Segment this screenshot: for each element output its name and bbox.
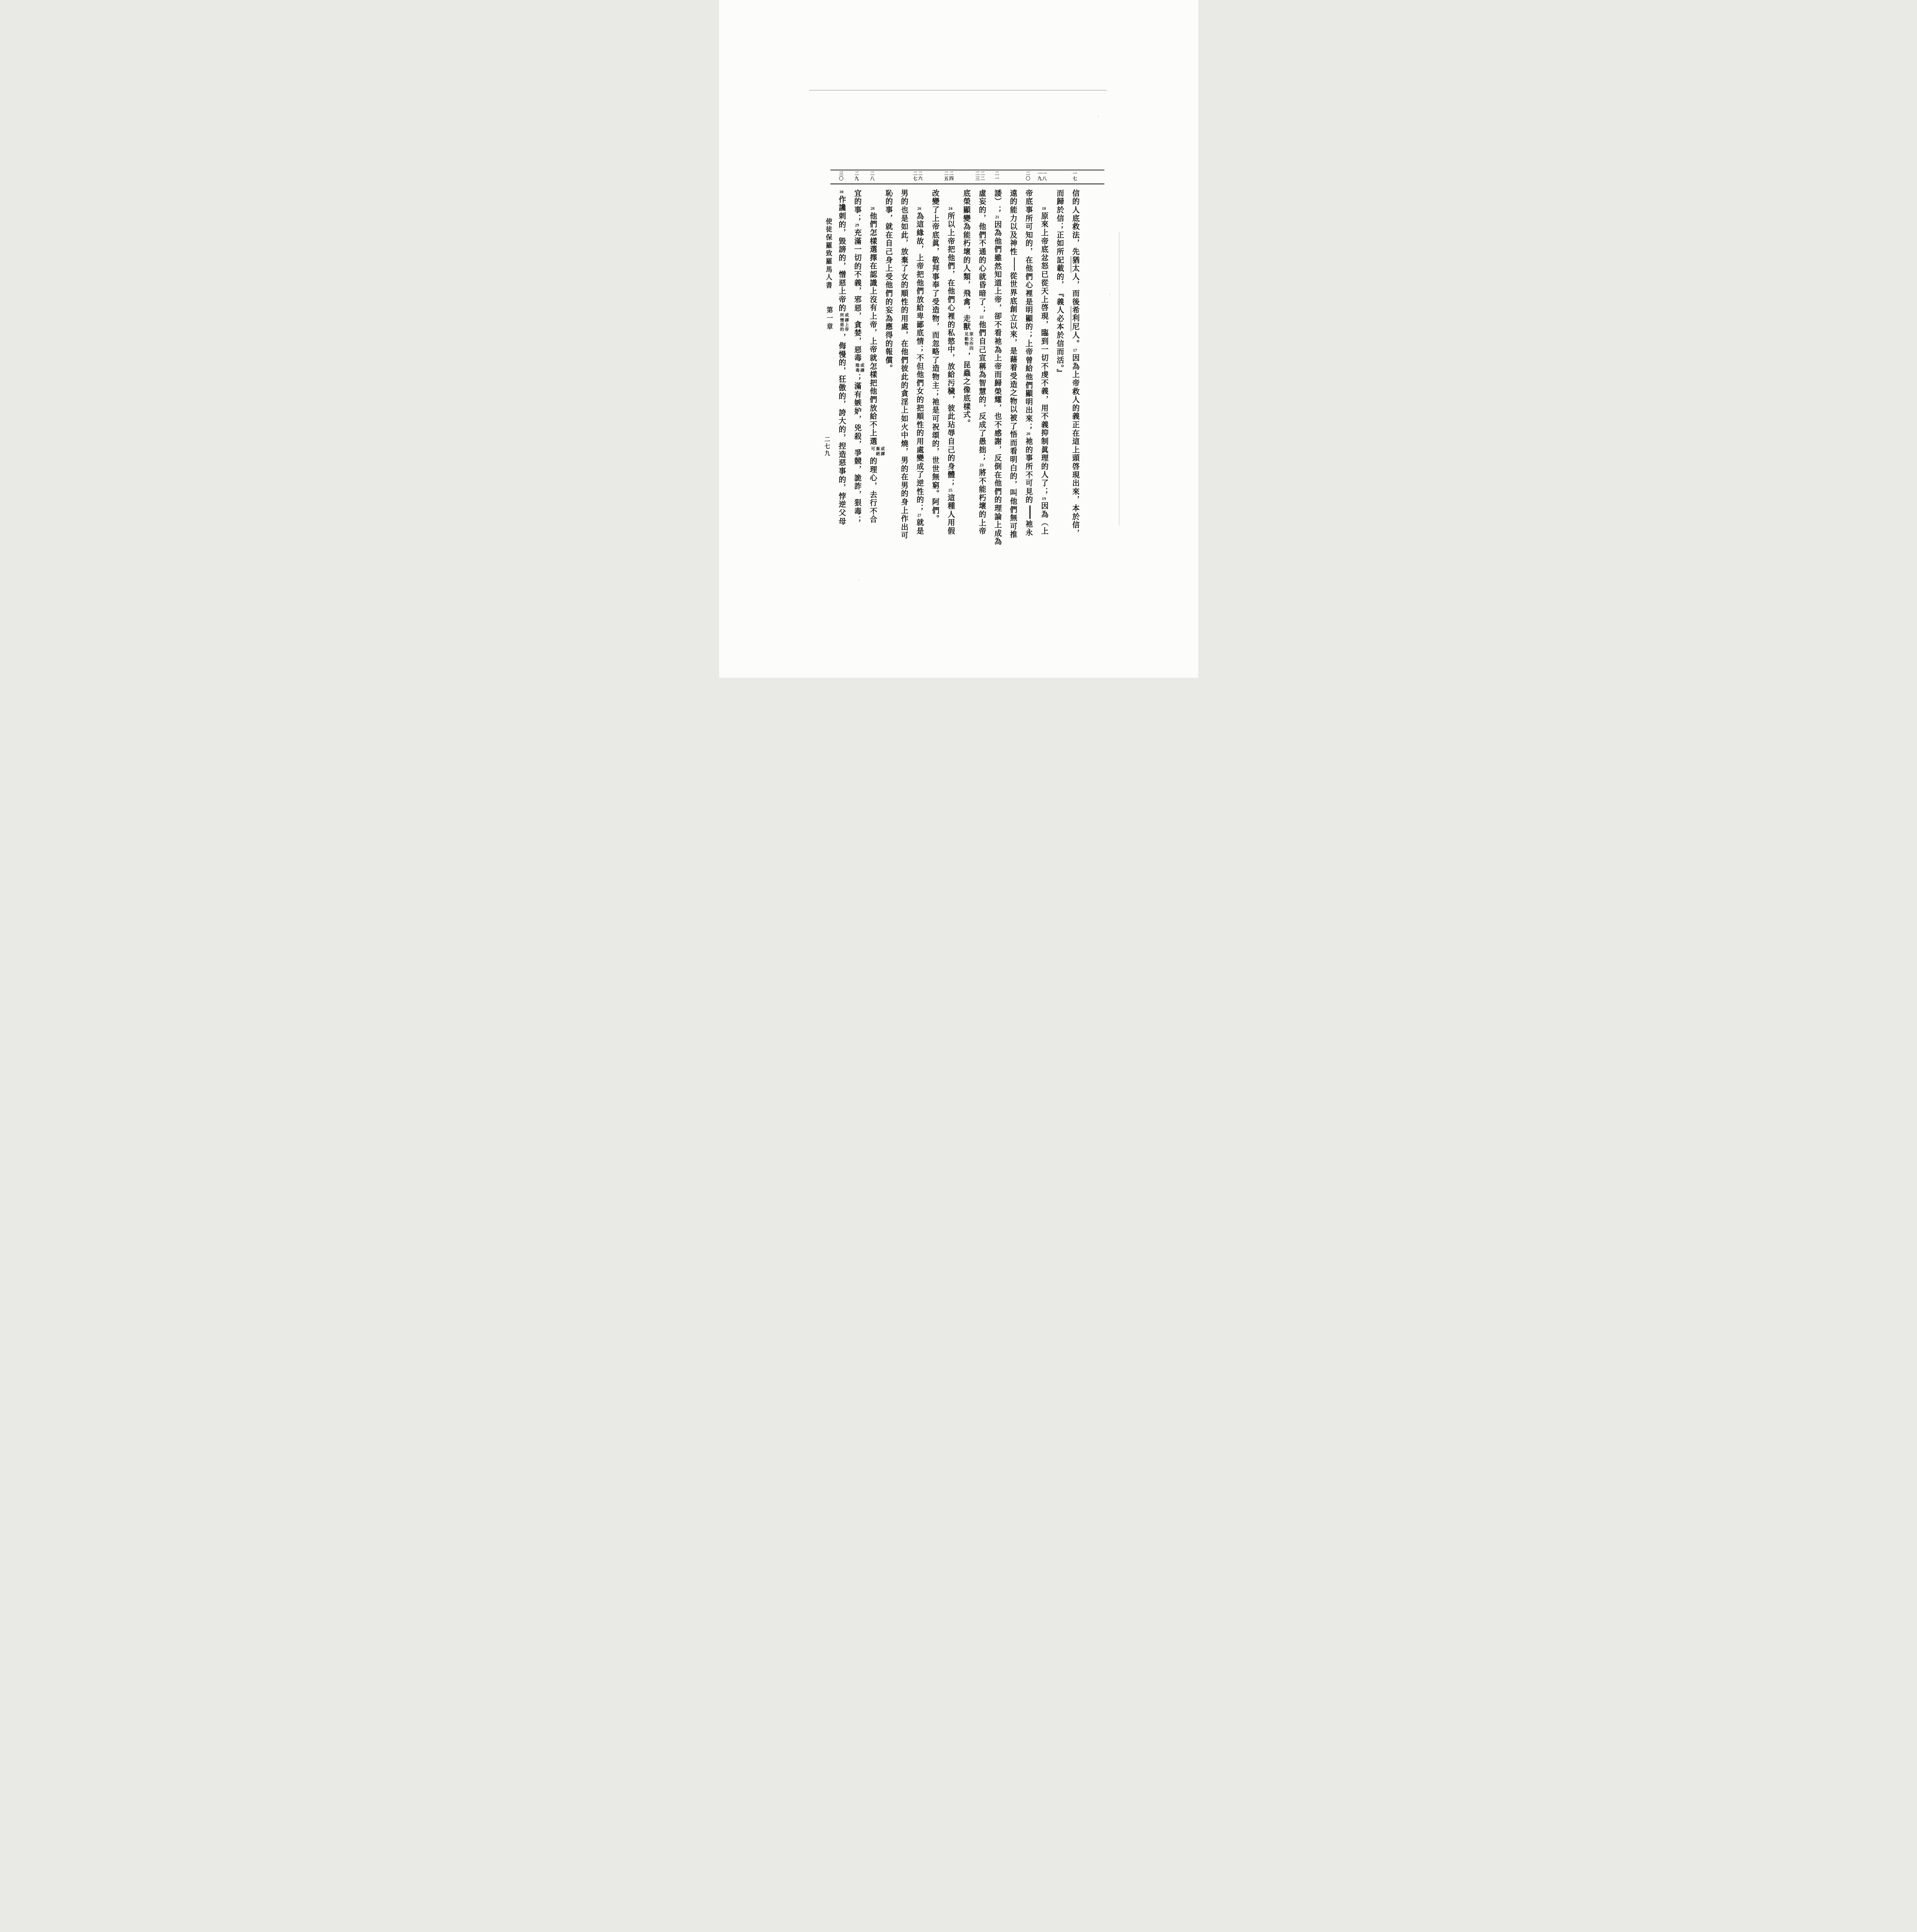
scanned-page: 一七一八一九二〇二一二二二三二四二五二六二七二八二九三〇 信的人底救法，先猶太人… — [719, 0, 1198, 678]
page-number: 二七九 — [822, 436, 832, 457]
text-run: 而歸於信；正如所記載的，﹃義人必本於信而活。﹄ — [1056, 189, 1064, 378]
header-rule-top — [830, 170, 1104, 170]
proper-noun: 猶太 — [1071, 256, 1079, 273]
text-column-4: 帝底事所可知的，在他們心裡是明顯的；上帝曾給他們顯明出來；20祂的事所不可見的祂… — [1024, 189, 1033, 537]
verse-number-superscript: 29 — [855, 224, 859, 228]
text-run: 祂永 — [1024, 520, 1032, 537]
text-run: 他們怎樣選擇在認識上沒有上帝，上帝就怎樣把他們放給不上選 — [869, 212, 877, 446]
verse-number-superscript: 30 — [839, 190, 844, 194]
text-column-2: 而歸於信；正如所記載的，﹃義人必本於信而活。﹄ — [1055, 189, 1064, 378]
text-run: 因為上帝救人的義正在這上頭啓現出來，本於信， — [1071, 354, 1079, 537]
scan-speck — [858, 580, 859, 580]
text-column-11: 26為這緣故，上帝把他們放給卑鄙底情；不但他們女的把順性的用處變成了逆性的；27… — [915, 206, 924, 536]
verse-label-二四: 二四 — [949, 171, 953, 181]
verse-label-二八: 二八 — [870, 171, 874, 181]
scan-speck — [1109, 294, 1110, 295]
text-run: 所以上帝把他們，在他們心裡的私慾中，放給污穢，彼此玷辱自己的身體； — [947, 212, 955, 488]
text-run: 信的人底救法，先 — [1071, 189, 1079, 256]
verse-label-一八: 一八 — [1042, 171, 1046, 181]
scan-speck — [1098, 116, 1099, 117]
verse-number-superscript: 20 — [1026, 432, 1031, 436]
inline-translator-note: 或譯上帝所憎惡的 — [839, 313, 849, 333]
em-dash — [1029, 505, 1031, 519]
text-run: 充滿一切的不義，邪惡，貪婪，惡毒 — [853, 229, 861, 362]
text-column-15: 宜的事；29充滿一切的不義，邪惡，貪婪，惡毒或譯陰毒；滿有嫉妒，兇殺，爭競，詭詐… — [852, 189, 864, 524]
text-column-5: 遠的能力以及神性從世界底創立以來，是藉着受造之物以被了悟而看明白的，叫他們無可推 — [1008, 189, 1017, 539]
text-run: 將不能朽壞的上帝 — [978, 469, 986, 536]
proper-noun: 希利尼 — [1071, 306, 1079, 331]
text-column-16: 30作讒刺的，毀謗的，憎惡上帝的或譯上帝所憎惡的，侮慢的，狂傲的，誇大的，揑造惡… — [837, 189, 849, 526]
text-run: 因為他們雖然知道上帝，卻不看祂為上帝而歸榮耀，也不感謝，反倒在他們的理論上成為 — [993, 221, 1002, 546]
text-column-13: 恥的事，就在自己身上受他們的妄為應得的報償。 — [883, 189, 893, 373]
text-run: 遠的能力以及神性 — [1009, 189, 1017, 256]
text-run: 從世界底創立以來，是藉着受造之物以被了悟而看明白的，叫他們無可推 — [1009, 272, 1017, 539]
text-column-9: 24所以上帝把他們，在他們心裡的私慾中，放給污穢，彼此玷辱自己的身體；25這種人… — [946, 206, 955, 536]
verse-number-superscript: 23 — [980, 464, 984, 468]
text-column-1: 信的人底救法，先猶太人，而後希利尼人。17因為上帝救人的義正在這上頭啓現出來，本… — [1070, 189, 1080, 538]
verse-label-二一: 二一 — [994, 171, 999, 181]
text-run: ，侮慢的，狂傲的，誇大的，揑造惡事的，悖逆父母 — [838, 334, 846, 526]
text-run: 人。 — [1071, 331, 1079, 348]
text-run: 改變了上帝底眞，敬拜事奉了受造物，而忽略了造物主；祂是可祝頌的，世世無窮。阿們。 — [931, 189, 939, 523]
verse-number-superscript: 24 — [948, 207, 953, 211]
inline-translator-note: 或譯棄絕可 — [870, 447, 885, 457]
text-run: 底榮顯變為能朽壞的人類，飛禽，走獸 — [962, 189, 970, 331]
verse-label-三〇: 三〇 — [839, 171, 843, 181]
text-run: 帝底事所可知的，在他們心裡是明顯的；上帝曾給他們顯明出來； — [1024, 189, 1032, 431]
verse-label-二〇: 二〇 — [1026, 171, 1030, 181]
verse-number-superscript: 18 — [1042, 207, 1046, 211]
margin-book-title: 使徒保羅致羅馬人書 — [824, 218, 833, 290]
text-column-12: 男的也是如此，放棄了女的順性的用處，在他們彼此的貪淫上如火中燒，男的在男的身上作… — [899, 189, 908, 540]
text-column-10: 改變了上帝底眞，敬拜事奉了受造物，而忽略了造物主；祂是可祝頌的，世世無窮。阿們。 — [930, 189, 939, 523]
text-column-14: 28他們怎樣選擇在認識上沒有上帝，上帝就怎樣把他們放給不上選或譯棄絕可的理心，去… — [868, 206, 885, 524]
inline-translator-note: 或譯陰毒 — [854, 363, 864, 373]
text-run: 宜的事； — [853, 189, 861, 223]
scan-streak — [1119, 232, 1120, 526]
text-run: 祂的事所不可見的 — [1024, 437, 1032, 504]
verse-number-superscript: 26 — [917, 207, 922, 211]
text-run: 人，而後 — [1071, 273, 1079, 306]
verse-label-一九: 一九 — [1037, 171, 1042, 181]
text-run: 原來上帝底忿怒已從天上啓現，臨到一切不虔不義，用不義抑制眞理的人了； — [1040, 212, 1048, 496]
text-run: 諉︶； — [993, 189, 1002, 214]
verse-label-二五: 二五 — [944, 171, 948, 181]
text-run: 作讒刺的，毀謗的，憎惡上帝的 — [838, 196, 846, 312]
verse-label-二六: 二六 — [918, 171, 922, 181]
text-run: ；滿有嫉妒，兇殺，爭競，詭詐，狠毒； — [853, 374, 861, 524]
em-dash — [1014, 257, 1015, 271]
page-top-scan-line — [809, 90, 1107, 90]
text-run: 為這緣故，上帝把他們放給卑鄙底情；不但他們女的把順性的用處變成了逆性的； — [915, 212, 924, 513]
verse-label-二九: 二九 — [854, 171, 859, 181]
text-run: ，昆蟲之像底樣式。 — [962, 352, 970, 427]
inline-translator-note: 原文作四足動物 — [963, 332, 973, 352]
verse-number-superscript: 22 — [980, 316, 984, 320]
verse-label-二七: 二七 — [912, 171, 917, 181]
verse-number-superscript: 17 — [1073, 349, 1077, 353]
verse-number-superscript: 21 — [995, 216, 999, 219]
text-run: 男的也是如此，放棄了女的順性的用處，在他們彼此的貪淫上如火中燒，男的在男的身上作… — [900, 189, 908, 540]
text-run: 他們自己宣稱為智慧的，反成了愚拙； — [978, 321, 986, 463]
verse-number-superscript: 27 — [917, 514, 922, 518]
text-run: 因為︵上 — [1040, 502, 1048, 536]
text-column-8: 底榮顯變為能朽壞的人類，飛禽，走獸原文作四足動物，昆蟲之像底樣式。 — [961, 189, 973, 428]
text-run: 這種人用假 — [947, 494, 955, 536]
text-run: 就是 — [915, 519, 924, 536]
text-column-3: 18原來上帝底忿怒已從天上啓現，臨到一切不虔不義，用不義抑制眞理的人了；19因為… — [1039, 206, 1048, 536]
text-column-6: 諉︶；21因為他們雖然知道上帝，卻不看祂為上帝而歸榮耀，也不感謝，反倒在他們的理… — [993, 189, 1002, 546]
text-run: 恥的事，就在自己身上受他們的妄為應得的報償。 — [884, 189, 892, 373]
margin-chapter-label: 第一章 — [825, 306, 834, 332]
verse-number-superscript: 25 — [948, 489, 953, 493]
text-column-7: 虛妄的，他們不通的心就昏暗了；22他們自己宣稱為智慧的，反成了愚拙；23將不能朽… — [977, 189, 986, 536]
verse-number-superscript: 19 — [1042, 497, 1046, 501]
text-run: 的理心，去行不合 — [869, 457, 877, 524]
verse-label-二二: 二二 — [980, 171, 985, 181]
verse-label-一七: 一七 — [1072, 171, 1077, 181]
verse-label-二三: 二三 — [975, 171, 980, 181]
verse-number-superscript: 28 — [871, 207, 875, 211]
text-run: 虛妄的，他們不通的心就昏暗了； — [978, 189, 986, 315]
header-rule-bottom — [830, 184, 1104, 184]
